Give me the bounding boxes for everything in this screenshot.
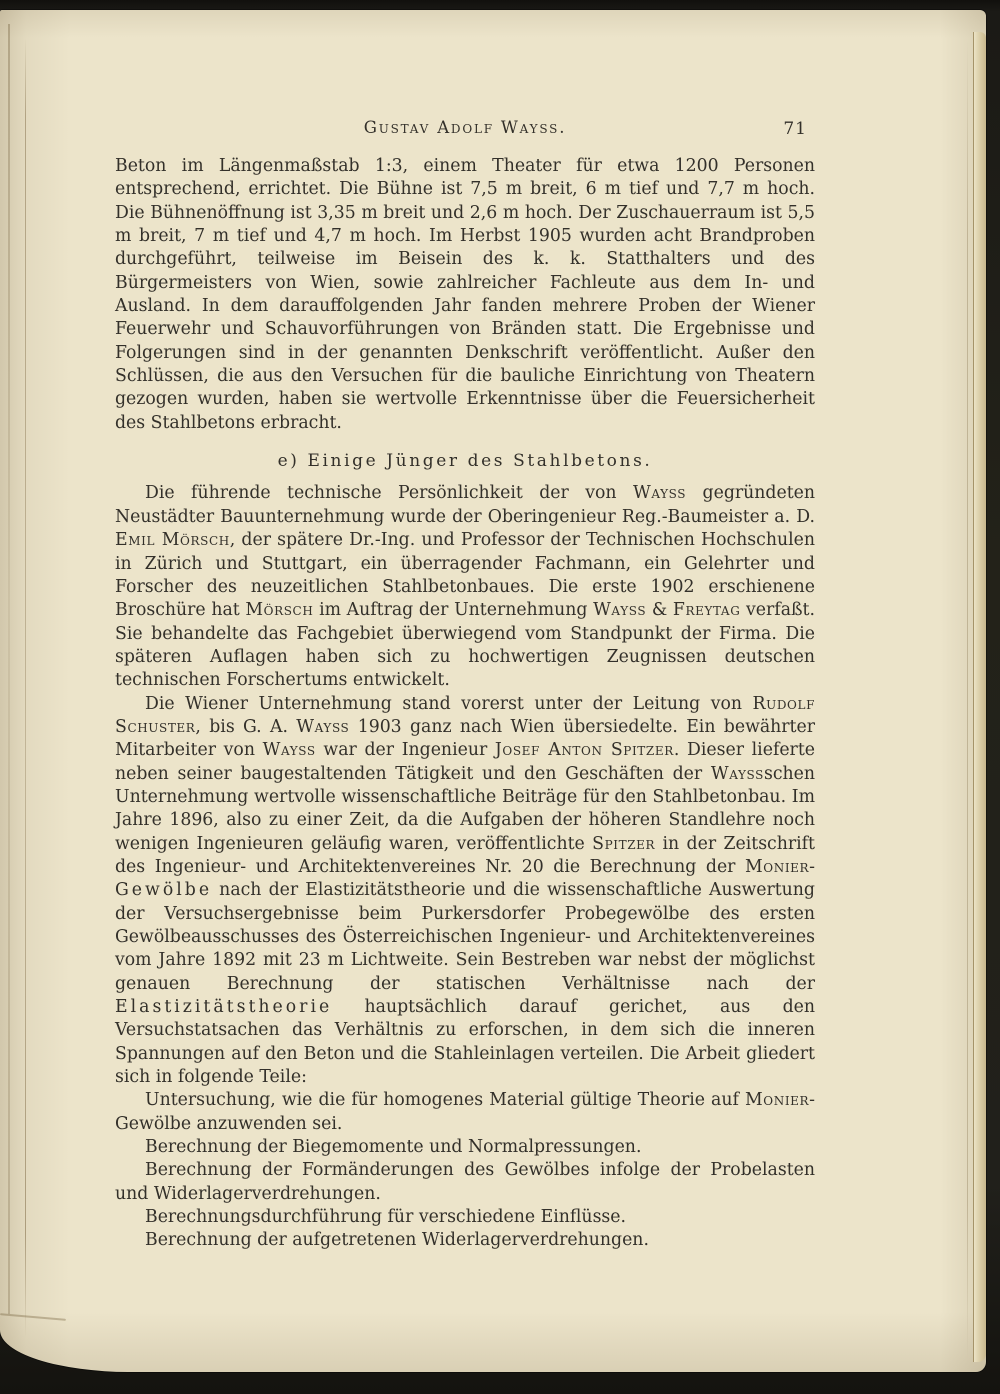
paragraph: Untersuchung, wie die für homogenes Mate…	[115, 1089, 815, 1136]
text-run: Berechnung der Formänderungen des Gewölb…	[115, 1160, 815, 1203]
page-body: Beton im Längenmaßstab 1:3, einem Theate…	[115, 155, 815, 1253]
text-run: &	[646, 600, 673, 620]
person-name: Wayss	[263, 740, 316, 760]
text-run: Die Wiener Unternehmung stand vorerst un…	[145, 694, 753, 714]
paragraph: Beton im Längenmaßstab 1:3, einem Theate…	[115, 155, 815, 435]
paragraph: Die führende technische Persönlichkeit d…	[115, 482, 815, 692]
person-name: Spitzer	[592, 834, 655, 854]
book-page: Gustav Adolf Wayss. 71 Beton im Längenma…	[0, 10, 986, 1372]
person-name: Wayss	[593, 600, 646, 620]
text-run: Berechnung der aufgetretenen Widerlagerv…	[145, 1230, 649, 1250]
under-page-edge	[0, 1313, 66, 1321]
person-name: Wayss	[633, 483, 686, 503]
running-title: Gustav Adolf Wayss.	[115, 118, 815, 137]
page-content: Gustav Adolf Wayss. 71 Beton im Längenma…	[115, 118, 815, 1253]
text-run: Beton im Längenmaßstab 1:3, einem Theate…	[115, 156, 815, 433]
text-run: Berechnung der Biegemomente und Normalpr…	[145, 1137, 641, 1157]
person-name: Wayss	[711, 764, 764, 784]
text-run: Die führende technische Persönlichkeit d…	[145, 483, 633, 503]
person-name: Freytag	[673, 600, 741, 620]
text-run: war der Ingenieur	[316, 740, 495, 760]
text-run: nach der Elastizitätstheorie und die wis…	[115, 880, 815, 993]
book-photo: Gustav Adolf Wayss. 71 Beton im Längenma…	[0, 0, 1000, 1394]
page-header: Gustav Adolf Wayss. 71	[115, 118, 815, 142]
emphasized-text: Gewölbe	[115, 880, 212, 900]
paragraph: Berechnung der aufgetretenen Widerlagerv…	[115, 1229, 815, 1252]
paragraph: Berechnungsdurchführung für verschiedene…	[115, 1206, 815, 1229]
person-name: Mörsch	[245, 600, 313, 620]
person-name: Monier	[745, 1090, 809, 1110]
section-heading: e) Einige Jünger des Stahlbetons.	[115, 450, 815, 473]
person-name: Wayss	[296, 717, 349, 737]
person-name: Josef Anton Spitzer	[495, 740, 674, 760]
text-run: im Auftrag der Unternehmung	[313, 600, 593, 620]
paragraph: Die Wiener Unternehmung stand vorerst un…	[115, 693, 815, 1090]
text-run: Berechnungsdurchführung für verschiedene…	[145, 1207, 626, 1227]
paragraph: Berechnung der Biegemomente und Normalpr…	[115, 1136, 815, 1159]
text-run: Untersuchung, wie die für homogenes Mate…	[145, 1090, 745, 1110]
emphasized-text: Elastizitätstheorie	[115, 997, 332, 1017]
person-name: Monier	[745, 857, 809, 877]
page-stack-edge	[973, 32, 986, 1362]
text-run: , bis G. A.	[195, 717, 296, 737]
page-fold-line	[25, 38, 26, 1338]
page-right-edge-line	[967, 40, 968, 1360]
text-run: -	[809, 857, 815, 877]
paragraph: Berechnung der Formänderungen des Gewölb…	[115, 1159, 815, 1206]
page-gutter-fold-line	[8, 24, 10, 1314]
person-name: Emil Mörsch	[115, 530, 230, 550]
page-number: 71	[783, 119, 807, 139]
